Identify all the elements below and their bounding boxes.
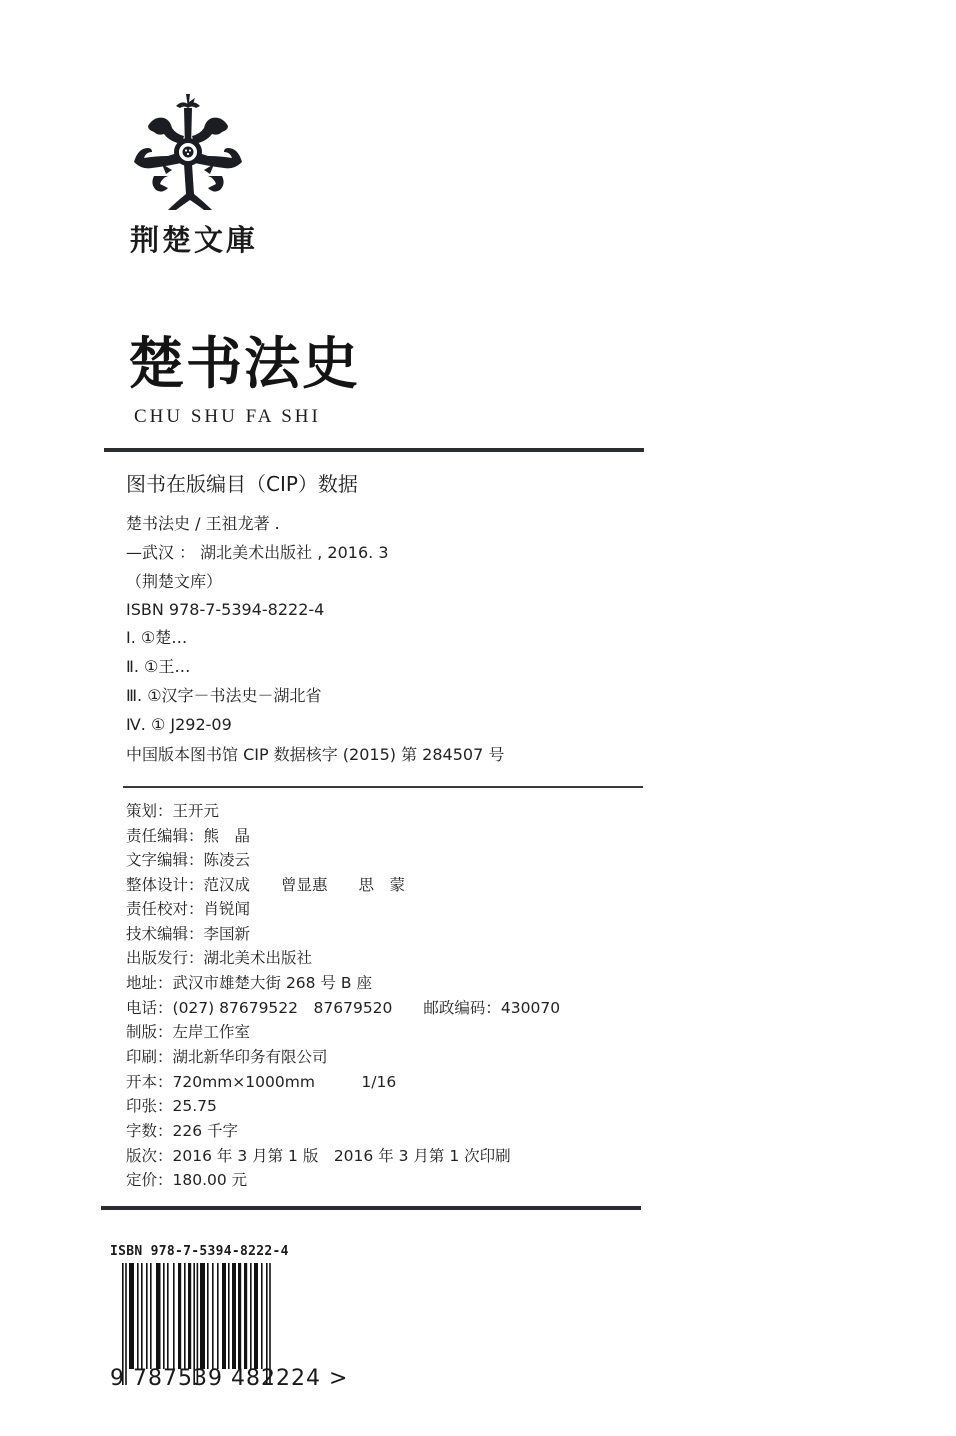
colophon-row-word-count: 字数：226 千字 [126,1121,238,1141]
colophon-row-tech-editor: 技术编辑：李国新 [126,924,250,944]
value: 720mm×1000mm 1/16 [173,1073,397,1091]
value: 湖北新华印务有限公司 [173,1048,328,1066]
label: 开本： [126,1073,173,1091]
barcode-isbn-label: ISBN 978-7-5394-8222-4 [110,1244,289,1259]
label: 策划： [126,802,173,820]
colophon-row-format: 开本：720mm×1000mm 1/16 [126,1072,396,1092]
cip-line: 楚书法史 / 王祖龙著 . [126,514,280,534]
label: 字数： [126,1122,173,1140]
value: 左岸工作室 [173,1023,251,1041]
value: 湖北美术出版社 [204,949,313,967]
cip-line: Ⅱ. ①王… [126,657,190,677]
colophon-row-edition: 版次：2016 年 3 月第 1 版 2016 年 3 月第 1 次印刷 [126,1146,511,1166]
series-name: 荆楚文庫 [130,218,258,259]
value: (027) 87679522 87679520 邮政编码：430070 [173,999,561,1017]
value: 范汉成 曾显惠 思 蒙 [204,876,406,894]
colophon-row-design: 整体设计：范汉成 曾显惠 思 蒙 [126,875,405,895]
colophon-row-text-editor: 文字编辑：陈凌云 [126,850,250,870]
value: 2016 年 3 月第 1 版 2016 年 3 月第 1 次印刷 [173,1147,511,1165]
label: 出版发行： [126,949,204,967]
label: 定价： [126,1171,173,1189]
colophon-row-plate-making: 制版：左岸工作室 [126,1022,250,1042]
chu-dragon-emblem-icon [128,92,248,212]
value: 陈凌云 [204,851,251,869]
barcode-digits: 9 787539 482224 > [110,1366,348,1391]
value: 226 千字 [173,1122,239,1140]
cip-line: 中国版本图书馆 CIP 数据核字 (2015) 第 284507 号 [126,745,504,765]
colophon-row-editor: 责任编辑：熊 晶 [126,826,250,846]
value: 180.00 元 [173,1171,248,1189]
label: 责任校对： [126,900,204,918]
divider-bottom [101,1206,641,1210]
value: 25.75 [173,1097,217,1115]
cip-line: （荆楚文库） [126,572,222,592]
label: 责任编辑： [126,827,204,845]
label: 电话： [126,999,173,1017]
colophon-row-printer: 印刷：湖北新华印务有限公司 [126,1047,328,1067]
divider-middle [123,786,643,788]
colophon-row-sheets: 印张：25.75 [126,1096,217,1116]
label: 文字编辑： [126,851,204,869]
cip-line: Ⅲ. ①汉字－书法史－湖北省 [126,686,322,706]
value: 李国新 [204,925,251,943]
value: 王开元 [173,802,220,820]
colophon-row-phone: 电话：(027) 87679522 87679520 邮政编码：430070 [126,998,560,1018]
colophon-row-planner: 策划：王开元 [126,801,219,821]
label: 印刷： [126,1048,173,1066]
label: 整体设计： [126,876,204,894]
cip-line: Ⅳ. ① J292-09 [126,715,232,735]
cip-line: ISBN 978-7-5394-8222-4 [126,600,324,620]
colophon-row-address: 地址：武汉市雄楚大街 268 号 B 座 [126,973,372,993]
label: 制版： [126,1023,173,1041]
book-title: 楚书法史 [128,336,360,392]
cip-line: —武汉 ： 湖北美术出版社 , 2016. 3 [126,543,389,563]
label: 技术编辑： [126,925,204,943]
value: 武汉市雄楚大街 268 号 B 座 [173,974,372,992]
label: 地址： [126,974,173,992]
cip-line: Ⅰ. ①楚… [126,628,187,648]
book-title-pinyin: CHU SHU FA SHI [134,406,321,428]
value: 熊 晶 [204,827,251,845]
label: 版次： [126,1147,173,1165]
colophon-row-proofreader: 责任校对：肖锐闻 [126,899,250,919]
value: 肖锐闻 [204,900,251,918]
label: 印张： [126,1097,173,1115]
cip-heading: 图书在版编目（CIP）数据 [126,468,358,497]
colophon-row-publisher: 出版发行：湖北美术出版社 [126,948,312,968]
divider-top [104,448,644,452]
colophon-row-price: 定价：180.00 元 [126,1170,247,1190]
